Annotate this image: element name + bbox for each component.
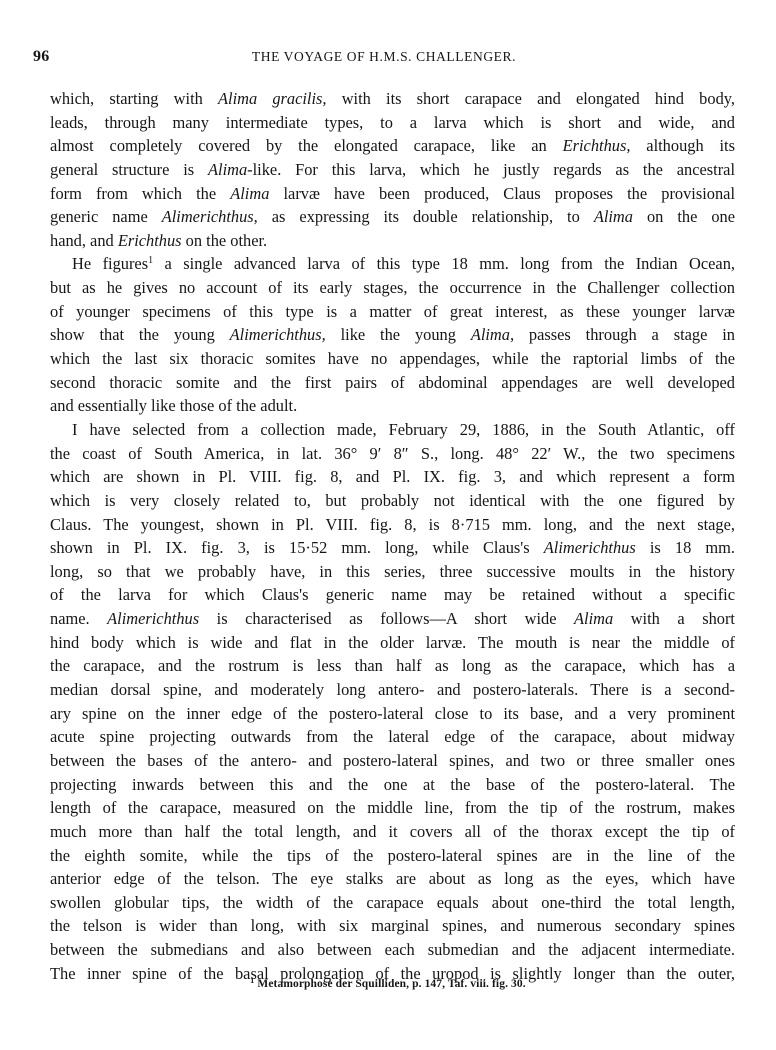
text-run: of younger specimens of this type is a m… xyxy=(50,302,735,321)
text-line: ary spine on the inner edge of the poste… xyxy=(50,702,735,726)
text-run: which is very closely related to, but pr… xyxy=(50,491,735,510)
italic-term: Alimerichthus xyxy=(544,538,636,557)
body-text: which, starting with Alima gracilis, wit… xyxy=(50,87,735,985)
footnote: 1 Metamorphose der Squilliden, p. 147, T… xyxy=(0,978,776,990)
text-run: shown in Pl. IX. fig. 3, is 15·52 mm. lo… xyxy=(50,538,544,557)
text-run: which the last six thoracic somites have… xyxy=(50,349,735,368)
italic-term: Alima, xyxy=(471,325,514,344)
text-run: show that the young xyxy=(50,325,230,344)
text-run: anterior edge of the telson. The eye sta… xyxy=(50,869,735,888)
text-line: median dorsal spine, and moderately long… xyxy=(50,678,735,702)
text-run: name. xyxy=(50,609,107,628)
text-line: leads, through many intermediate types, … xyxy=(50,111,735,135)
text-line: the carapace, and the rostrum is less th… xyxy=(50,654,735,678)
text-run: projecting inwards between this and the … xyxy=(50,775,735,794)
italic-term: Alima xyxy=(230,184,269,203)
text-run: on the other. xyxy=(182,231,268,250)
text-run: between the bases of the antero- and pos… xyxy=(50,751,735,770)
italic-term: Alima gracilis, xyxy=(218,89,327,108)
italic-term: Alimerichthus xyxy=(107,609,199,628)
text-run: which, starting with xyxy=(50,89,218,108)
text-line: which, starting with Alima gracilis, wit… xyxy=(50,87,735,111)
text-line: the telson is wider than long, with six … xyxy=(50,914,735,938)
text-line: and essentially like those of the adult. xyxy=(50,394,735,418)
text-line: I have selected from a collection made, … xyxy=(50,418,735,442)
text-line: acute spine projecting outwards from the… xyxy=(50,725,735,749)
text-line: between the bases of the antero- and pos… xyxy=(50,749,735,773)
text-run: He figures xyxy=(72,254,148,273)
text-line: name. Alimerichthus is characterised as … xyxy=(50,607,735,631)
italic-term: Alimerichthus, xyxy=(230,325,326,344)
text-line: hand, and Erichthus on the other. xyxy=(50,229,735,253)
page-header: 96 THE VOYAGE OF H.M.S. CHALLENGER. xyxy=(33,48,735,68)
text-line: hind body which is wide and flat in the … xyxy=(50,631,735,655)
text-line: which is very closely related to, but pr… xyxy=(50,489,735,513)
text-run: hind body which is wide and flat in the … xyxy=(50,633,735,652)
text-run: larvæ have been produced, Claus proposes… xyxy=(269,184,735,203)
text-run: much more than half the total length, an… xyxy=(50,822,735,841)
text-run: between the submedians and also between … xyxy=(50,940,735,959)
text-run: -like. For this larva, which he justly r… xyxy=(247,160,735,179)
paragraph: He figures1 a single advanced larva of t… xyxy=(50,252,735,417)
text-run: long, so that we probably have, in this … xyxy=(50,562,735,581)
text-run: passes through a stage in xyxy=(514,325,735,344)
italic-term: Alimerichthus, xyxy=(162,207,258,226)
italic-term: Alima xyxy=(574,609,613,628)
text-run: I have selected from a collection made, … xyxy=(72,420,735,439)
text-line: form from which the Alima larvæ have bee… xyxy=(50,182,735,206)
text-run: but as he gives no account of its early … xyxy=(50,278,735,297)
text-run: Claus. The youngest, shown in Pl. VIII. … xyxy=(50,515,735,534)
text-line: second thoracic somite and the first pai… xyxy=(50,371,735,395)
text-line: but as he gives no account of its early … xyxy=(50,276,735,300)
text-run: the carapace, and the rostrum is less th… xyxy=(50,656,735,675)
text-run: with a short xyxy=(613,609,735,628)
text-line: swollen globular tips, the width of the … xyxy=(50,891,735,915)
text-run: form from which the xyxy=(50,184,230,203)
text-run: is 18 mm. xyxy=(636,538,735,557)
text-line: general structure is Alima-like. For thi… xyxy=(50,158,735,182)
text-line: long, so that we probably have, in this … xyxy=(50,560,735,584)
text-run: as expressing its double relationship, t… xyxy=(258,207,594,226)
text-run: with its short carapace and elongated hi… xyxy=(327,89,735,108)
text-line: which the last six thoracic somites have… xyxy=(50,347,735,371)
text-line: He figures1 a single advanced larva of t… xyxy=(50,252,735,276)
text-line: of the larva for which Claus's generic n… xyxy=(50,583,735,607)
text-line: shown in Pl. IX. fig. 3, is 15·52 mm. lo… xyxy=(50,536,735,560)
text-run: although its xyxy=(630,136,735,155)
italic-term: Alima xyxy=(594,207,633,226)
text-line: the coast of South America, in lat. 36° … xyxy=(50,442,735,466)
paragraph: which, starting with Alima gracilis, wit… xyxy=(50,87,735,252)
text-line: length of the carapace, measured on the … xyxy=(50,796,735,820)
text-line: which are shown in Pl. VIII. fig. 8, and… xyxy=(50,465,735,489)
text-run: of the larva for which Claus's generic n… xyxy=(50,585,735,604)
italic-term: Erichthus, xyxy=(563,136,631,155)
text-run: generic name xyxy=(50,207,162,226)
italic-term: Erichthus xyxy=(118,231,182,250)
text-line: generic name Alimerichthus, as expressin… xyxy=(50,205,735,229)
text-run: second thoracic somite and the first pai… xyxy=(50,373,735,392)
text-run: length of the carapace, measured on the … xyxy=(50,798,735,817)
text-line: Claus. The youngest, shown in Pl. VIII. … xyxy=(50,513,735,537)
text-line: between the submedians and also between … xyxy=(50,938,735,962)
text-line: projecting inwards between this and the … xyxy=(50,773,735,797)
running-title: THE VOYAGE OF H.M.S. CHALLENGER. xyxy=(33,49,735,65)
text-run: acute spine projecting outwards from the… xyxy=(50,727,735,746)
text-run: hand, and xyxy=(50,231,118,250)
text-line: of younger specimens of this type is a m… xyxy=(50,300,735,324)
text-run: on the one xyxy=(633,207,735,226)
text-run: the coast of South America, in lat. 36° … xyxy=(50,444,735,463)
text-line: anterior edge of the telson. The eye sta… xyxy=(50,867,735,891)
text-run: is characterised as follows—A short wide xyxy=(199,609,574,628)
text-run: the eighth somite, while the tips of the… xyxy=(50,846,735,865)
text-line: the eighth somite, while the tips of the… xyxy=(50,844,735,868)
text-run: and essentially like those of the adult. xyxy=(50,396,297,415)
text-run: general structure is xyxy=(50,160,208,179)
text-run: which are shown in Pl. VIII. fig. 8, and… xyxy=(50,467,735,486)
text-line: much more than half the total length, an… xyxy=(50,820,735,844)
text-run: almost completely covered by the elongat… xyxy=(50,136,563,155)
text-run: a single advanced larva of this type 18 … xyxy=(153,254,735,273)
text-run: the telson is wider than long, with six … xyxy=(50,916,735,935)
text-line: almost completely covered by the elongat… xyxy=(50,134,735,158)
text-run: leads, through many intermediate types, … xyxy=(50,113,735,132)
text-line: show that the young Alimerichthus, like … xyxy=(50,323,735,347)
text-run: like the young xyxy=(326,325,471,344)
paragraph: I have selected from a collection made, … xyxy=(50,418,735,985)
footnote-text: Metamorphose der Squilliden, p. 147, Taf… xyxy=(257,978,525,990)
text-run: ary spine on the inner edge of the poste… xyxy=(50,704,735,723)
footnote-marker: 1 xyxy=(250,976,254,985)
text-run: median dorsal spine, and moderately long… xyxy=(50,680,735,699)
italic-term: Alima xyxy=(208,160,247,179)
text-run: swollen globular tips, the width of the … xyxy=(50,893,735,912)
